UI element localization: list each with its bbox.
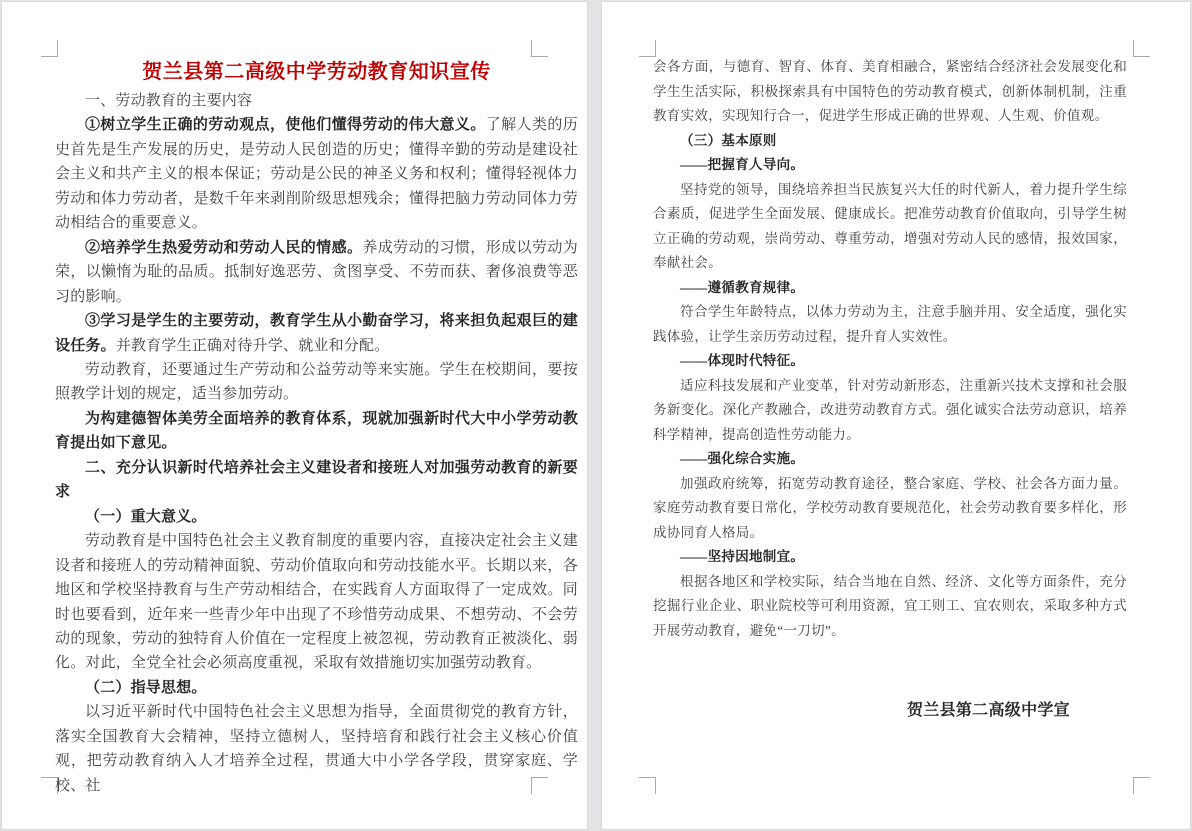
text-run: （三）基本原则 [680,133,777,148]
paragraph[interactable]: 会各方面，与德育、智育、体育、美育相融合，紧密结合经济社会发展变化和学生生活实际… [653,55,1127,129]
text-run: 符合学生年龄特点，以体力劳动为主，注意手脑并用、安全适度，强化实践体验，让学生亲… [653,304,1127,344]
text-run: 会各方面，与德育、智育、体育、美育相融合，紧密结合经济社会发展变化和学生生活实际… [653,59,1127,123]
text-run: 一、劳动教育的主要内容 [85,93,252,109]
document-canvas: { "document": { "title": "贺兰县第二高级中学劳动教育知… [0,0,1192,831]
paragraph[interactable]: ③学习是学生的主要劳动，教育学生从小勤奋学习，将来担负起艰巨的建设任务。并教育学… [55,309,578,358]
text-run: 根据各地区和学校实际，结合当地在自然、经济、文化等方面条件，充分挖掘行业企业、职… [653,574,1127,638]
text-run: 以习近平新时代中国特色社会主义思想为指导，全面贯彻党的教育方针，落实全国教育大会… [55,704,578,793]
document-title: 贺兰县第二高级中学劳动教育知识宣传 [55,55,578,89]
text-run: ②培养学生热爱劳动和劳动人民的情感。 [85,240,362,256]
text-run: 为构建德智体美劳全面培养的教育体系，现就加强新时代大中小学劳动教育提出如下意见。 [55,411,578,451]
text-run: 加强政府统筹，拓宽劳动教育途径，整合家庭、学校、社会各方面力量。家庭劳动教育要日… [653,476,1127,540]
paragraph[interactable]: ——强化综合实施。 [653,447,1127,472]
paragraph[interactable]: ——把握育人导向。 [653,153,1127,178]
margin-mark-top-right [1133,40,1150,57]
paragraph[interactable]: 劳动教育，还要通过生产劳动和公益劳动等来实施。学生在校期间，要按照教学计划的规定… [55,358,578,407]
paragraph[interactable]: （三）基本原则 [653,129,1127,154]
paragraph[interactable]: ——遵循教育规律。 [653,276,1127,301]
paragraph[interactable]: 坚持党的领导，围绕培养担当民族复兴大任的时代新人，着力提升学生综合素质，促进学生… [653,178,1127,276]
signature-paragraph[interactable]: 贺兰县第二高级中学宣 [653,699,1127,724]
text-run: 劳动教育是中国特色社会主义教育制度的重要内容，直接决定社会主义建设者和接班人的劳… [55,533,578,671]
paragraph[interactable]: ——体现时代特征。 [653,349,1127,374]
paragraph[interactable]: 适应科技发展和产业变革，针对劳动新形态，注重新兴技术支撑和社会服务新变化。深化产… [653,374,1127,448]
paragraph[interactable]: （一）重大意义。 [55,505,578,529]
paragraph[interactable]: ——坚持因地制宜。 [653,545,1127,570]
paragraph[interactable]: 以习近平新时代中国特色社会主义思想为指导，全面贯彻党的教育方针，落实全国教育大会… [55,700,578,798]
page-2-paragraphs: 会各方面，与德育、智育、体育、美育相融合，紧密结合经济社会发展变化和学生生活实际… [653,55,1127,724]
text-run: ——强化综合实施。 [680,451,804,466]
text-run: ——体现时代特征。 [680,353,804,368]
text-run: 适应科技发展和产业变革，针对劳动新形态，注重新兴技术支撑和社会服务新变化。深化产… [653,378,1127,442]
text-run: ——把握育人导向。 [680,157,804,172]
text-run: （二）指导思想。 [85,680,207,696]
paragraph[interactable]: 一、劳动教育的主要内容 [55,89,578,113]
paragraph[interactable]: （二）指导思想。 [55,676,578,700]
text-run: ——坚持因地制宜。 [680,549,804,564]
text-run: 并教育学生正确对待升学、就业和分配。 [116,338,390,354]
margin-mark-bottom-left [639,777,656,794]
paragraph[interactable]: ②培养学生热爱劳动和劳动人民的情感。养成劳动的习惯，形成以劳动为荣，以懒惰为耻的… [55,236,578,309]
text-run: 劳动教育，还要通过生产劳动和公益劳动等来实施。学生在校期间，要按照教学计划的规定… [55,362,578,402]
page-2[interactable]: 会各方面，与德育、智育、体育、美育相融合，紧密结合经济社会发展变化和学生生活实际… [602,2,1190,829]
text-run: 二、充分认识新时代培养社会主义建设者和接班人对加强劳动教育的新要求 [55,460,578,500]
page-1[interactable]: 贺兰县第二高级中学劳动教育知识宣传 一、劳动教育的主要内容①树立学生正确的劳动观… [2,2,587,829]
paragraph[interactable]: 符合学生年龄特点，以体力劳动为主，注意手脑并用、安全适度，强化实践体验，让学生亲… [653,300,1127,349]
page-2-content: 会各方面，与德育、智育、体育、美育相融合，紧密结合经济社会发展变化和学生生活实际… [653,55,1127,724]
paragraph[interactable]: 加强政府统筹，拓宽劳动教育途径，整合家庭、学校、社会各方面力量。家庭劳动教育要日… [653,472,1127,546]
paragraph[interactable]: 劳动教育是中国特色社会主义教育制度的重要内容，直接决定社会主义建设者和接班人的劳… [55,529,578,676]
text-run: 坚持党的领导，围绕培养担当民族复兴大任的时代新人，着力提升学生综合素质，促进学生… [653,182,1127,271]
text-run: ——遵循教育规律。 [680,280,804,295]
page-1-content: 贺兰县第二高级中学劳动教育知识宣传 一、劳动教育的主要内容①树立学生正确的劳动观… [55,55,578,798]
text-run: （一）重大意义。 [85,509,207,525]
text-run: ①树立学生正确的劳动观点，使他们懂得劳动的伟大意义。 [85,117,486,133]
page-1-paragraphs: 一、劳动教育的主要内容①树立学生正确的劳动观点，使他们懂得劳动的伟大意义。了解人… [55,89,578,798]
text-run: 贺兰县第二高级中学宣 [907,702,1070,719]
paragraph[interactable]: 根据各地区和学校实际，结合当地在自然、经济、文化等方面条件，充分挖掘行业企业、职… [653,570,1127,644]
paragraph[interactable]: 为构建德智体美劳全面培养的教育体系，现就加强新时代大中小学劳动教育提出如下意见。 [55,407,578,456]
text-run: 了解人类的历史首先是生产发展的历史，是劳动人民创造的历史；懂得辛勤的劳动是建设社… [55,117,578,231]
margin-mark-bottom-right [1133,777,1150,794]
paragraph[interactable]: 二、充分认识新时代培养社会主义建设者和接班人对加强劳动教育的新要求 [55,456,578,505]
paragraph[interactable]: ①树立学生正确的劳动观点，使他们懂得劳动的伟大意义。了解人类的历史首先是生产发展… [55,113,578,235]
